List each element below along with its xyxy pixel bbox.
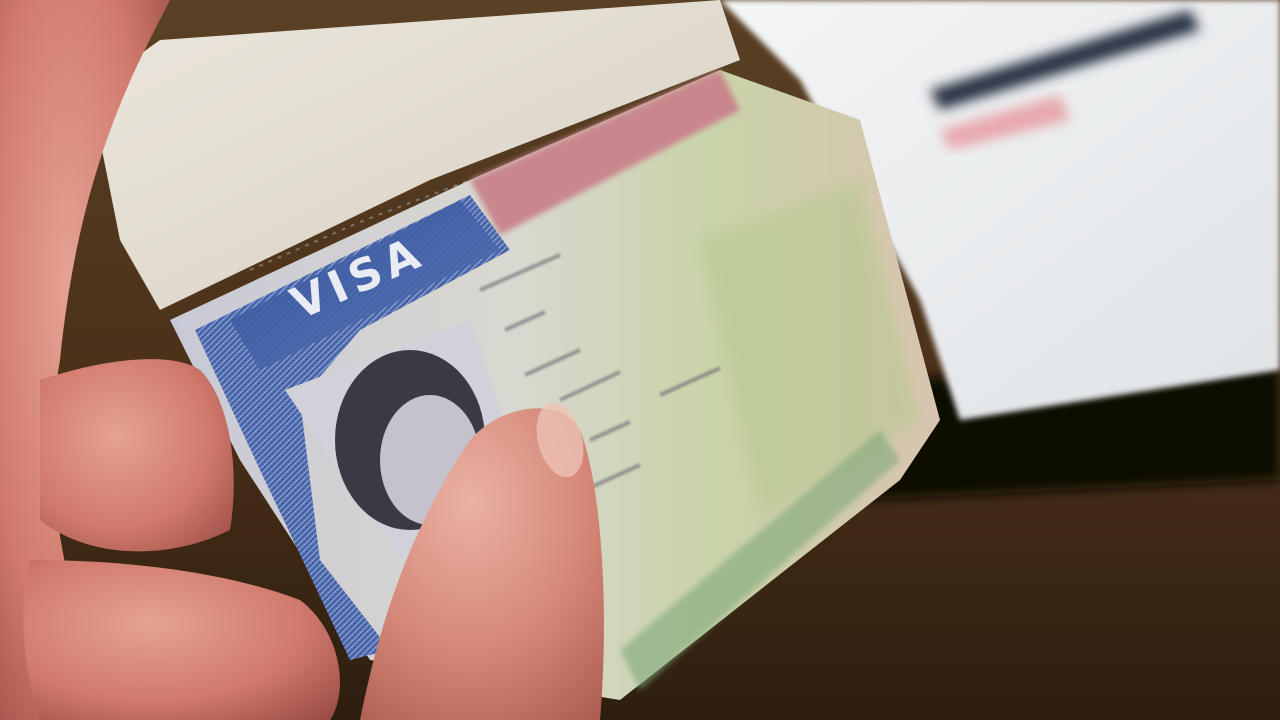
finger-upper — [40, 359, 234, 551]
photo-canvas: VISA — [0, 0, 1280, 720]
photo-scene: VISA — [0, 0, 1280, 720]
